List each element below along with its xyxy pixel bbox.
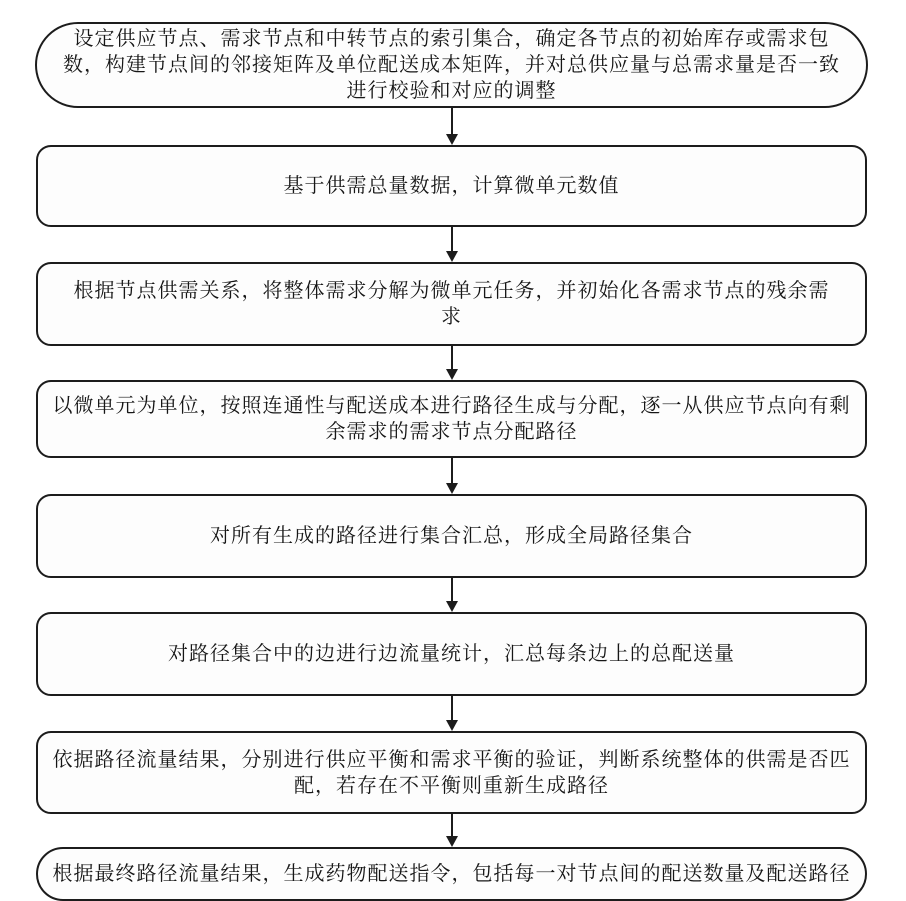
- flow-step-2-text: 基于供需总量数据，计算微单元数值: [284, 173, 620, 199]
- flow-step-3-demand-decompose: 根据节点供需关系，将整体需求分解为微单元任务，并初始化各需求节点的残余需求: [36, 262, 867, 346]
- connector-arrow-5: [444, 578, 460, 612]
- arrow-down-icon: [446, 720, 458, 731]
- flow-step-8-dispatch-instructions: 根据最终路径流量结果，生成药物配送指令，包括每一对节点间的配送数量及配送路径: [36, 847, 867, 901]
- flow-step-6-text: 对路径集合中的边进行边流量统计，汇总每条边上的总配送量: [168, 641, 735, 667]
- flow-step-1-text: 设定供应节点、需求节点和中转节点的索引集合，确定各节点的初始库存或需求包数，构建…: [63, 26, 840, 104]
- arrow-shaft: [451, 346, 453, 369]
- flow-step-6-edge-flow-stats: 对路径集合中的边进行边流量统计，汇总每条边上的总配送量: [36, 612, 867, 696]
- connector-arrow-3: [444, 346, 460, 380]
- arrow-shaft: [451, 814, 453, 836]
- arrow-shaft: [451, 458, 453, 483]
- connector-arrow-6: [444, 696, 460, 731]
- connector-arrow-4: [444, 458, 460, 494]
- arrow-down-icon: [446, 369, 458, 380]
- connector-arrow-2: [444, 227, 460, 262]
- flow-step-3-text: 根据节点供需关系，将整体需求分解为微单元任务，并初始化各需求节点的残余需求: [64, 278, 839, 330]
- flow-step-8-text: 根据最终路径流量结果，生成药物配送指令，包括每一对节点间的配送数量及配送路径: [53, 861, 851, 887]
- connector-arrow-7: [444, 814, 460, 847]
- arrow-down-icon: [446, 836, 458, 847]
- flow-step-5-path-aggregation: 对所有生成的路径进行集合汇总，形成全局路径集合: [36, 494, 867, 578]
- flow-step-5-text: 对所有生成的路径进行集合汇总，形成全局路径集合: [210, 523, 693, 549]
- arrow-down-icon: [446, 483, 458, 494]
- flow-step-4-path-generation: 以微单元为单位，按照连通性与配送成本进行路径生成与分配，逐一从供应节点向有剩余需…: [36, 380, 867, 458]
- flow-step-4-text: 以微单元为单位，按照连通性与配送成本进行路径生成与分配，逐一从供应节点向有剩余需…: [44, 393, 859, 445]
- arrow-down-icon: [446, 601, 458, 612]
- arrow-shaft: [451, 108, 453, 134]
- connector-arrow-1: [444, 108, 460, 145]
- arrow-shaft: [451, 578, 453, 601]
- flowchart-figure: 设定供应节点、需求节点和中转节点的索引集合，确定各节点的初始库存或需求包数，构建…: [0, 0, 906, 901]
- arrow-shaft: [451, 696, 453, 720]
- arrow-down-icon: [446, 134, 458, 145]
- arrow-down-icon: [446, 251, 458, 262]
- flow-step-1-setup: 设定供应节点、需求节点和中转节点的索引集合，确定各节点的初始库存或需求包数，构建…: [35, 22, 868, 108]
- flow-step-2-micro-unit-calc: 基于供需总量数据，计算微单元数值: [36, 145, 867, 227]
- flow-step-7-balance-verification: 依据路径流量结果，分别进行供应平衡和需求平衡的验证，判断系统整体的供需是否匹配，…: [36, 731, 867, 814]
- flow-step-7-text: 依据路径流量结果，分别进行供应平衡和需求平衡的验证，判断系统整体的供需是否匹配，…: [50, 747, 853, 799]
- arrow-shaft: [451, 227, 453, 251]
